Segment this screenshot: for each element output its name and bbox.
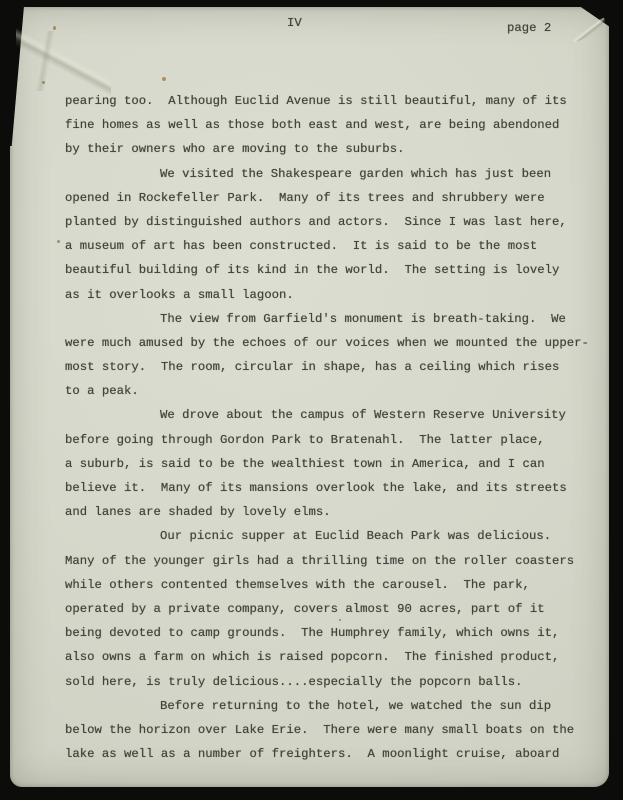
- text-line: most story. The room, circular in shape,…: [65, 355, 595, 379]
- paper-sheet: IV page 2 pearing too. Although Euclid A…: [10, 7, 609, 787]
- text-line: operated by a private company, covers al…: [65, 597, 595, 621]
- page-number-label: page 2: [507, 21, 551, 35]
- text-line: a museum of art has been constructed. It…: [65, 234, 595, 258]
- typewritten-body: pearing too. Although Euclid Avenue is s…: [65, 89, 595, 766]
- text-line: being devoted to camp grounds. The Humph…: [65, 621, 595, 645]
- text-line: opened in Rockefeller Park. Many of its …: [65, 186, 595, 210]
- text-line: planted by distinguished authors and act…: [65, 210, 595, 234]
- text-line: Before returning to the hotel, we watche…: [65, 694, 595, 718]
- text-line: below the horizon over Lake Erie. There …: [65, 718, 595, 742]
- photo-background: IV page 2 pearing too. Although Euclid A…: [0, 0, 623, 800]
- paper-crease: [10, 31, 80, 91]
- text-line: Many of the younger girls had a thrillin…: [65, 549, 595, 573]
- text-line: The view from Garfield's monument is bre…: [65, 307, 595, 331]
- text-line: as it overlooks a small lagoon.: [65, 283, 595, 307]
- text-line: were much amused by the echoes of our vo…: [65, 331, 595, 355]
- corner-fold-crease: [570, 18, 609, 42]
- text-line: by their owners who are moving to the su…: [65, 137, 595, 161]
- text-line: while others contented themselves with t…: [65, 573, 595, 597]
- text-line: beautiful building of its kind in the wo…: [65, 258, 595, 282]
- paper-speck: [162, 77, 166, 81]
- text-line: believe it. Many of its mansions overloo…: [65, 476, 595, 500]
- text-line: also owns a farm on which is raised popc…: [65, 645, 595, 669]
- text-line: pearing too. Although Euclid Avenue is s…: [65, 89, 595, 113]
- paper-speck: [57, 240, 60, 243]
- text-line: and lanes are shaded by lovely elms.: [65, 500, 595, 524]
- text-line: before going through Gordon Park to Brat…: [65, 428, 595, 452]
- text-line: to a peak.: [65, 379, 595, 403]
- paper-speck: [42, 81, 45, 84]
- text-line: lake as well as a number of freighters. …: [65, 742, 595, 766]
- section-numeral: IV: [287, 16, 302, 30]
- text-line: sold here, is truly delicious....especia…: [65, 670, 595, 694]
- text-line: We drove about the campus of Western Res…: [65, 403, 595, 427]
- text-line: fine homes as well as those both east an…: [65, 113, 595, 137]
- text-line: Our picnic supper at Euclid Beach Park w…: [65, 524, 595, 548]
- text-line: a suburb, is said to be the wealthiest t…: [65, 452, 595, 476]
- paper-speck: [53, 26, 56, 30]
- text-line: We visited the Shakespeare garden which …: [65, 162, 595, 186]
